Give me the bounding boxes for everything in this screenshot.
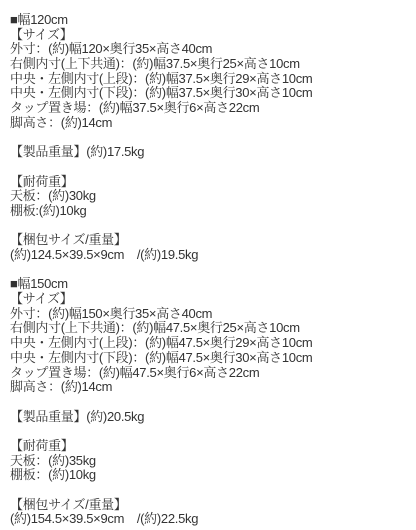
- blank-line: [10, 263, 408, 278]
- load-capacity-label: 【耐荷重】: [10, 175, 408, 190]
- size-tap-space: タップ置き場：(約)幅47.5×奥行6×高さ22cm: [10, 366, 408, 381]
- load-capacity-shelf-board: 棚板:(約)10kg: [10, 204, 408, 219]
- product-spec-document: ■幅120cm 【サイズ】 外寸：(約)幅120×奥行35×高さ40cm 右側内…: [0, 0, 416, 530]
- blank-line: [10, 483, 408, 498]
- load-capacity-top-board: 天板：(約)30kg: [10, 189, 408, 204]
- size-center-left-lower: 中央・左側内寸(下段)：(約)幅47.5×奥行30×高さ10cm: [10, 351, 408, 366]
- size-leg-height: 脚高さ：(約)14cm: [10, 116, 408, 131]
- load-capacity-label: 【耐荷重】: [10, 439, 408, 454]
- package-size-weight-label: 【梱包サイズ/重量】: [10, 233, 408, 248]
- size-section-label: 【サイズ】: [10, 28, 408, 43]
- product-weight: 【製品重量】(約)20.5kg: [10, 410, 408, 425]
- package-size-weight-label: 【梱包サイズ/重量】: [10, 498, 408, 513]
- size-tap-space: タップ置き場：(約)幅37.5×奥行6×高さ22cm: [10, 101, 408, 116]
- size-leg-height: 脚高さ：(約)14cm: [10, 380, 408, 395]
- blank-line: [10, 160, 408, 175]
- blank-line: [10, 424, 408, 439]
- size-right-inner: 右側内寸(上下共通)：(約)幅47.5×奥行25×高さ10cm: [10, 321, 408, 336]
- size-center-left-upper: 中央・左側内寸(上段)：(約)幅37.5×奥行29×高さ10cm: [10, 72, 408, 87]
- blank-line: [10, 131, 408, 146]
- product-width-heading: ■幅120cm: [10, 13, 408, 28]
- blank-line: [10, 219, 408, 234]
- load-capacity-shelf-board: 棚板：(約)10kg: [10, 468, 408, 483]
- package-size-weight-value: (約)124.5×39.5×9cm /(約)19.5kg: [10, 248, 408, 263]
- product-spec-120cm: ■幅120cm 【サイズ】 外寸：(約)幅120×奥行35×高さ40cm 右側内…: [10, 13, 408, 277]
- load-capacity-top-board: 天板：(約)35kg: [10, 454, 408, 469]
- size-outer-dimensions: 外寸：(約)幅120×奥行35×高さ40cm: [10, 42, 408, 57]
- size-center-left-upper: 中央・左側内寸(上段)：(約)幅47.5×奥行29×高さ10cm: [10, 336, 408, 351]
- blank-line: [10, 395, 408, 410]
- size-right-inner: 右側内寸(上下共通)：(約)幅37.5×奥行25×高さ10cm: [10, 57, 408, 72]
- size-center-left-lower: 中央・左側内寸(下段)：(約)幅37.5×奥行30×高さ10cm: [10, 86, 408, 101]
- size-section-label: 【サイズ】: [10, 292, 408, 307]
- size-outer-dimensions: 外寸：(約)幅150×奥行35×高さ40cm: [10, 307, 408, 322]
- product-weight: 【製品重量】(約)17.5kg: [10, 145, 408, 160]
- package-size-weight-value: (約)154.5×39.5×9cm /(約)22.5kg: [10, 512, 408, 527]
- product-spec-150cm: ■幅150cm 【サイズ】 外寸：(約)幅150×奥行35×高さ40cm 右側内…: [10, 277, 408, 527]
- product-width-heading: ■幅150cm: [10, 277, 408, 292]
